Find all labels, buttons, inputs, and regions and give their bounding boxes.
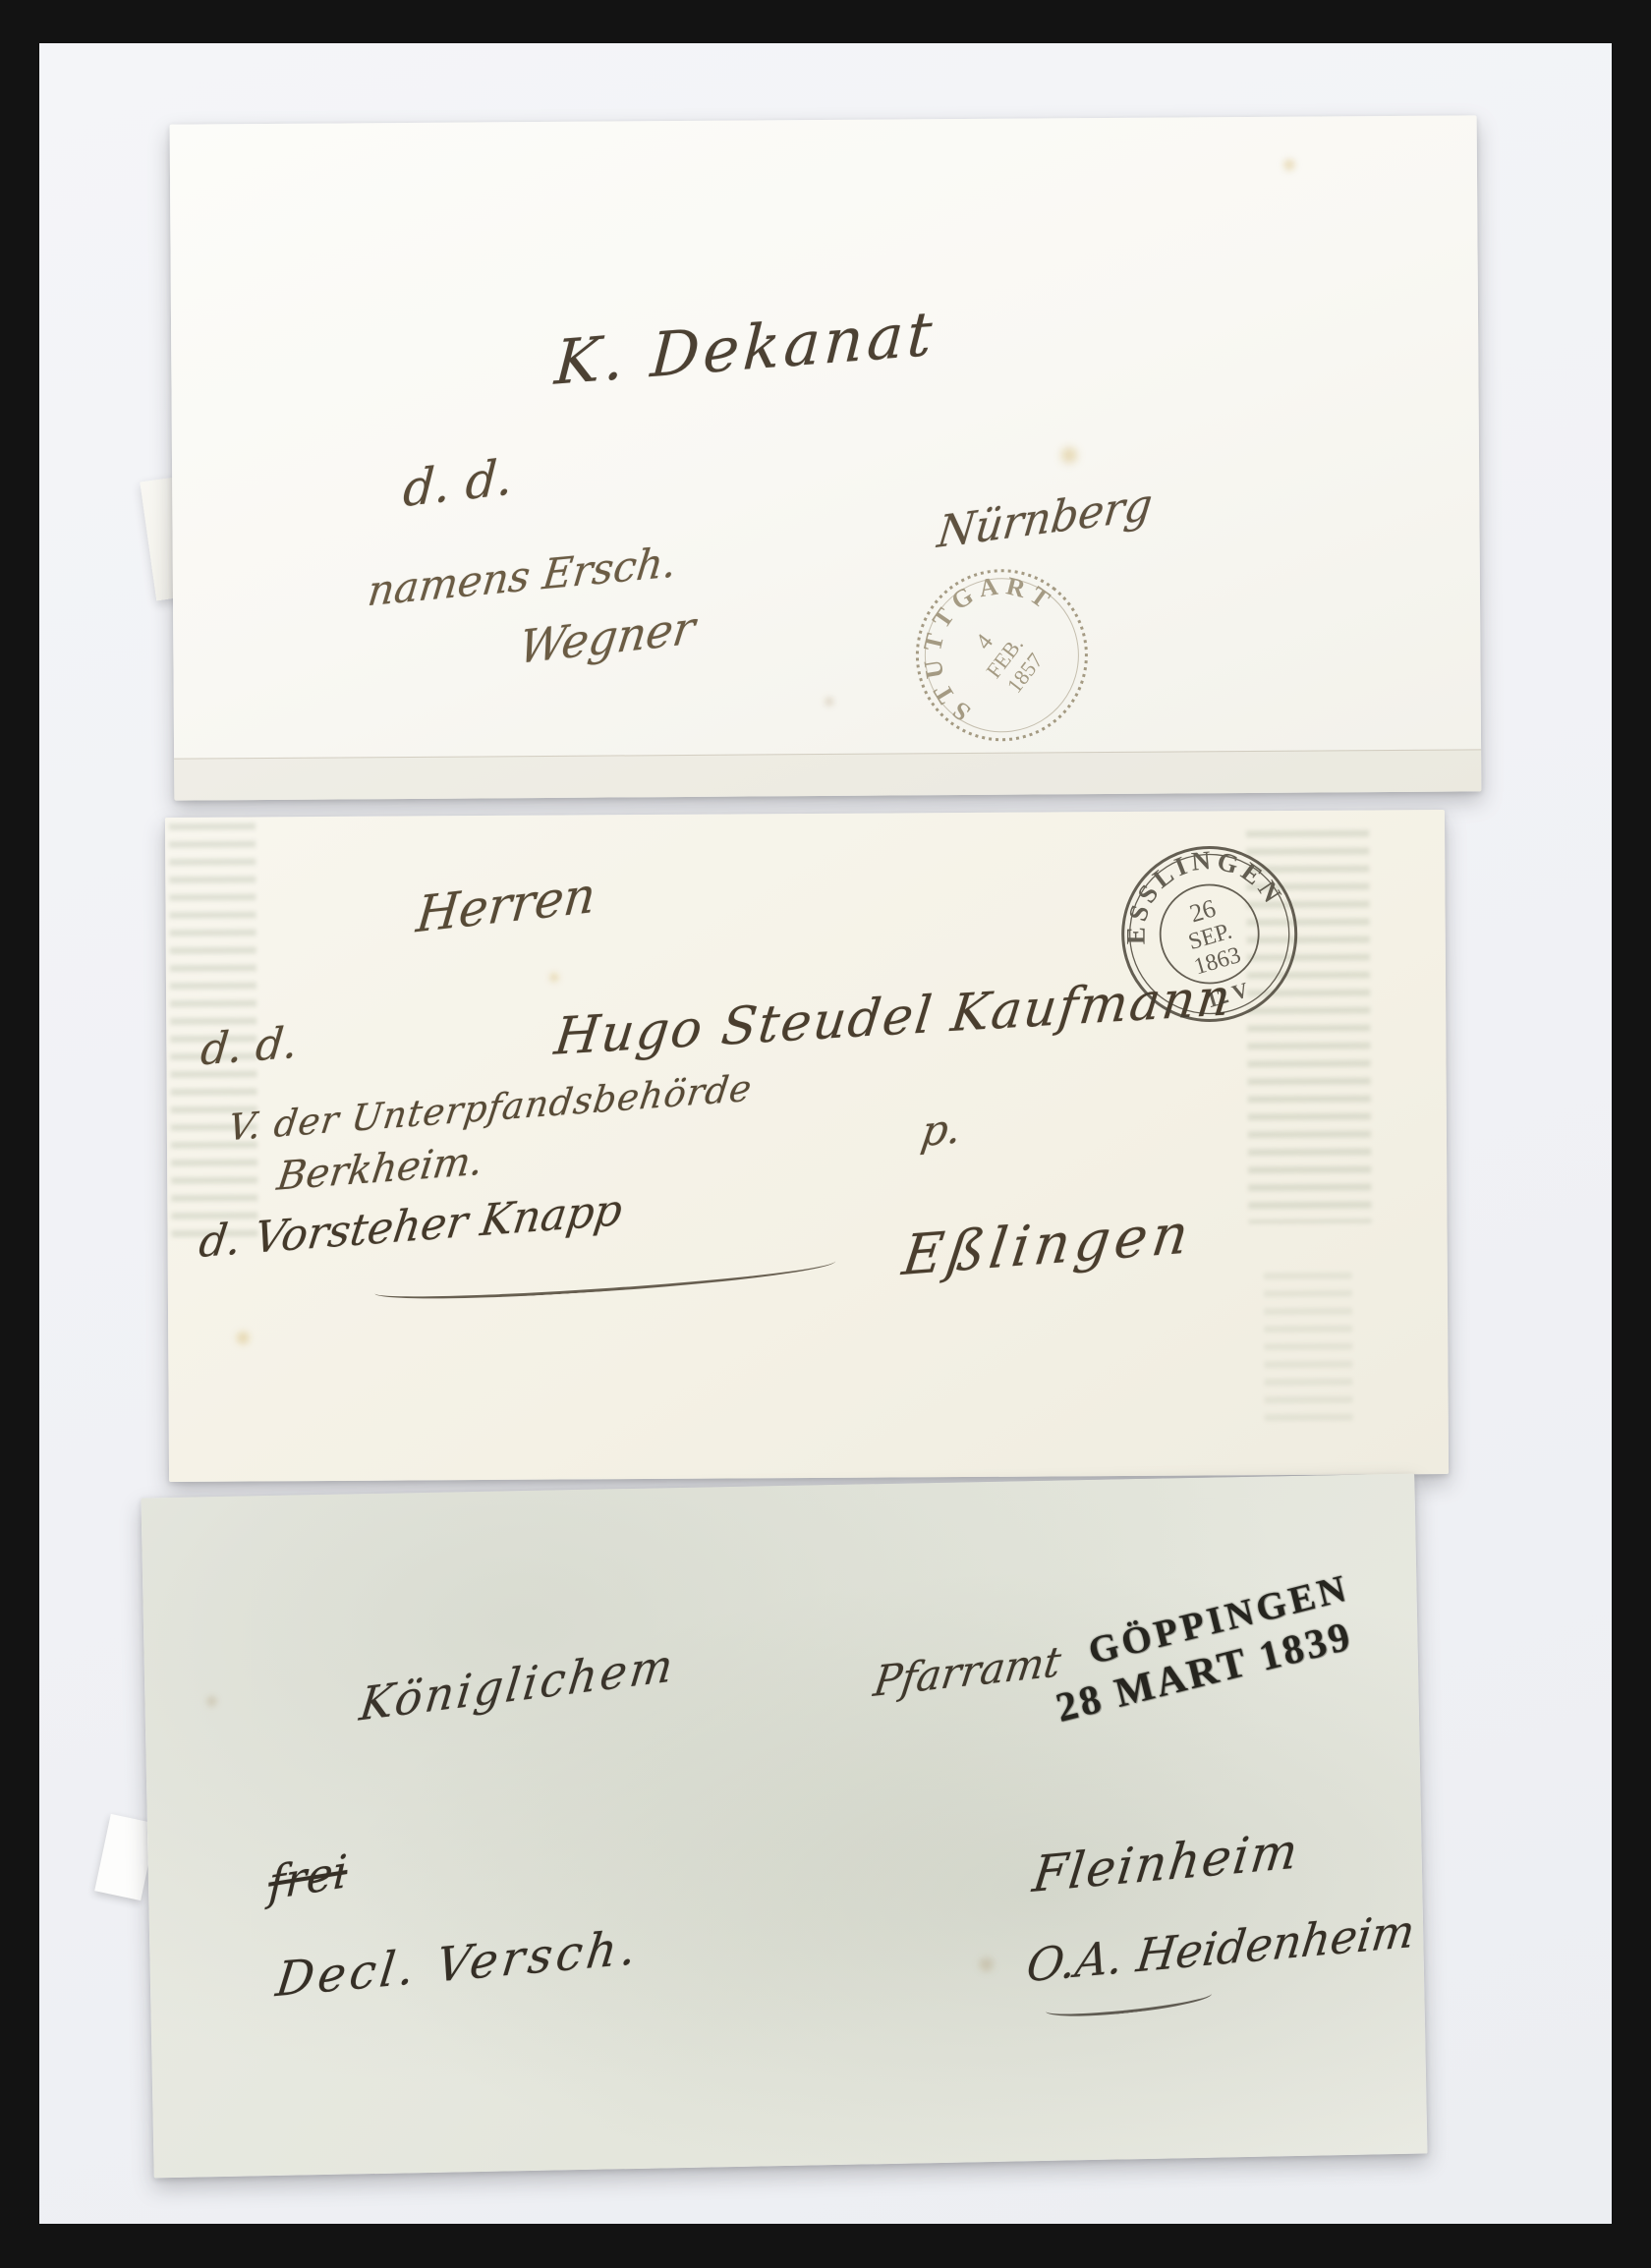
- svg-text:STUTTGART: STUTTGART: [884, 538, 1060, 727]
- foxing-spot: [1281, 156, 1298, 174]
- handwriting-note-line: namens Ersch.: [366, 538, 679, 615]
- handwriting-office: Pfarramt: [871, 1637, 1064, 1706]
- handwriting-place: Berkheim.: [274, 1138, 485, 1199]
- handwriting-signature: Wegner: [516, 600, 698, 674]
- handwriting-note-dd: d. d.: [199, 1017, 300, 1075]
- handwriting-addressee-intro: Königlichem: [357, 1638, 678, 1731]
- handwriting-addressee: K. Dekanat: [552, 297, 938, 398]
- handwriting-note-dd: d. d.: [402, 448, 515, 518]
- foxing-spot: [203, 1693, 219, 1709]
- show-through-print: [1264, 1273, 1353, 1431]
- handwriting-office: V. der Unterpfandsbehörde: [226, 1066, 755, 1149]
- handwriting-district: O.A. Heidenheim: [1024, 1904, 1418, 1993]
- signature-flourish: [373, 1250, 836, 1305]
- stuttgart-cds-postmark-icon: STUTTGART 4 FEB. 1857: [871, 525, 1132, 786]
- foxing-spot: [1056, 442, 1082, 468]
- foxing-spot: [823, 695, 836, 709]
- goeppingen-straightline-postmark: GÖPPINGEN 28 MART 1839: [1040, 1556, 1405, 1732]
- handwriting-franking: frei: [267, 1843, 349, 1910]
- foxing-spot: [547, 971, 561, 985]
- handwriting-per: p.: [918, 1104, 965, 1157]
- cover-bottom: Königlichem Pfarramt GÖPPINGEN 28 MART 1…: [141, 1474, 1427, 2179]
- handwriting-destination: Eßlingen: [899, 1202, 1197, 1288]
- handwriting-note: Decl. Versch.: [273, 1919, 643, 2008]
- district-flourish: [1045, 1983, 1213, 2021]
- foxing-spot: [976, 1954, 997, 1975]
- cover-top: K. Dekanat d. d. namens Ersch. Wegner Nü…: [170, 115, 1482, 800]
- handwriting-destination: Fleinheim: [1030, 1822, 1303, 1903]
- cover-middle: Herren Hugo Steudel Kaufmann d. d. V. de…: [165, 810, 1449, 1482]
- handwriting-salutation: Herren: [414, 866, 598, 943]
- handwriting-signer: d. Vorsteher Knapp: [197, 1185, 626, 1268]
- foxing-spot: [233, 1328, 253, 1347]
- postmark-town-label: STUTTGART: [884, 538, 1060, 727]
